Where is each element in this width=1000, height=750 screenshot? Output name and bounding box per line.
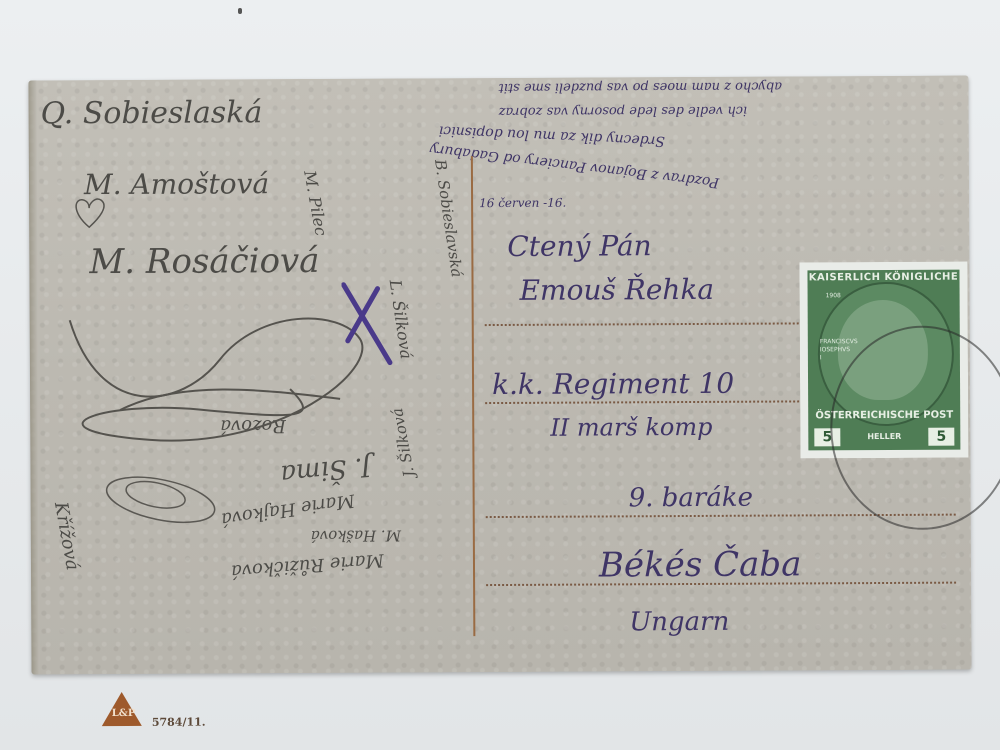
address-name: Emouš Řehka bbox=[519, 273, 714, 307]
center-divider bbox=[471, 156, 476, 636]
signature: Marie Hajková bbox=[220, 490, 356, 530]
stamp-portrait-text: FRANCISCVS IOSEPHVS I bbox=[820, 338, 850, 362]
dust-speck bbox=[238, 8, 242, 14]
date: 16 červen -16. bbox=[479, 196, 566, 210]
message-line: ich vedle des lede posorny vas zobraz bbox=[499, 103, 748, 119]
address-city: Békés Čaba bbox=[599, 544, 802, 585]
signature: M. Amoštová bbox=[84, 167, 269, 201]
signature: M. Hašková bbox=[311, 527, 401, 545]
signature: B. Sobieslavská bbox=[431, 158, 466, 278]
message-line: abycho z nam moes po vas puzdeli sme sti… bbox=[498, 79, 782, 95]
address-unit: k.k. Regiment 10 bbox=[492, 367, 734, 401]
signature: Marie Růžičková bbox=[230, 549, 384, 581]
address-company: II marš komp bbox=[550, 413, 712, 442]
address-line bbox=[486, 582, 956, 586]
postcard: abycho z nam moes po vas puzdeli sme sti… bbox=[28, 76, 971, 675]
postcard-edge bbox=[28, 80, 39, 674]
heart-doodle bbox=[69, 192, 109, 232]
stamp-year: 1908 bbox=[826, 292, 841, 299]
address-barracks: 9. baráke bbox=[629, 483, 753, 514]
x-mark bbox=[341, 279, 401, 369]
signature: M. Rosáčiová bbox=[89, 241, 319, 282]
publisher-logo-text: L&P bbox=[112, 708, 136, 719]
signature-flourish bbox=[60, 299, 381, 461]
stamp-top-text: KAISERLICH KÖNIGLICHE bbox=[807, 272, 959, 284]
signature: J. Šilková bbox=[388, 407, 418, 479]
signature: Q. Sobieslaská bbox=[41, 95, 263, 131]
postmark-circle bbox=[830, 325, 1000, 530]
signature: M. Pilec bbox=[300, 169, 330, 237]
address-salutation: Ctený Pán bbox=[507, 229, 651, 263]
oval-doodle bbox=[100, 469, 230, 540]
address-country: Ungarn bbox=[629, 607, 729, 638]
signature: Křížová bbox=[50, 500, 83, 572]
catalog-number: 5784/11. bbox=[152, 716, 206, 729]
